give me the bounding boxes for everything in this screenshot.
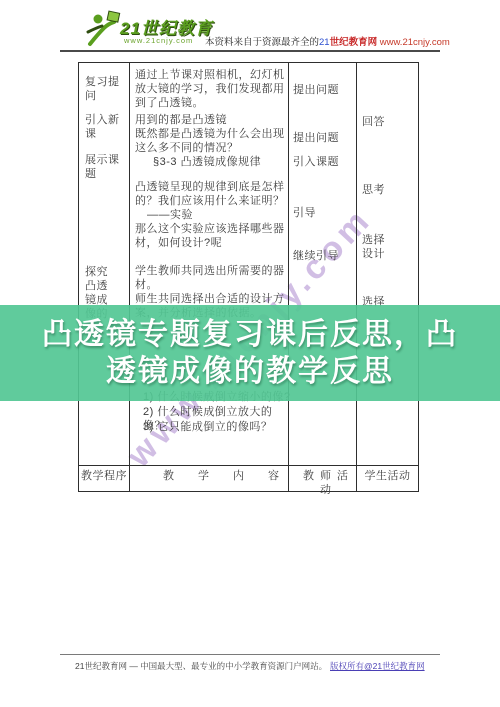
running-figure-icon bbox=[84, 10, 124, 50]
table-column-divider bbox=[129, 63, 130, 491]
teacher-action: 提出问题 bbox=[293, 131, 353, 145]
bottom-header-stage: 教学程序 bbox=[79, 469, 129, 483]
student-action: 回答 bbox=[362, 115, 414, 129]
content-block: 用到的都是凸透镜 bbox=[135, 113, 285, 127]
content-block: 学生教师共同选出所需要的器材。 bbox=[135, 264, 285, 292]
teacher-action: 引入课题 bbox=[293, 155, 353, 169]
notice-site-number: 21 bbox=[319, 37, 330, 48]
bottom-header-teacher: 教师活动 bbox=[289, 469, 362, 497]
overlay-title-line1: 凸透镜专题复习课后反思，凸 bbox=[42, 316, 458, 353]
title-overlay-banner: 凸透镜专题复习课后反思，凸 透镜成像的教学反思 bbox=[0, 305, 500, 401]
notice-prefix: 本资料来自于资源最齐全的 bbox=[205, 37, 319, 48]
stage-label: 引入新课 bbox=[85, 113, 127, 141]
notice-site-url-link[interactable]: www.21cnjy.com bbox=[377, 37, 450, 48]
teacher-action: 引导 bbox=[293, 206, 353, 220]
stage-label: 凸透 bbox=[85, 279, 127, 293]
bottom-header-content: 教学内容 bbox=[130, 469, 312, 483]
notice-site-name: 世纪教育网 bbox=[330, 37, 378, 48]
content-block: §3-3 凸透镜成像规律 bbox=[135, 155, 303, 169]
content-block: 通过上节课对照相机，幻灯机放大镜的学习，我们发现都用到了凸透镜。 bbox=[135, 68, 285, 110]
content-block: ——实验 bbox=[135, 208, 297, 222]
footer-copyright-link[interactable]: 版权所有@21世纪教育网 bbox=[330, 660, 425, 672]
table-row-divider bbox=[79, 465, 418, 466]
footer-description: 21世纪教育网 — 中国最大型、最专业的中小学教育资源门户网站。 bbox=[75, 660, 327, 672]
bottom-header-student: 学生活动 bbox=[357, 469, 418, 483]
footer-rule bbox=[60, 654, 440, 655]
student-action: 思考 bbox=[362, 183, 414, 197]
student-action: 设计 bbox=[362, 247, 414, 261]
stage-label: 复习提问 bbox=[85, 75, 127, 103]
site-logo: 21世纪教育 www.21cnjy.com bbox=[84, 6, 219, 52]
content-block: 凸透镜呈现的规律到底是怎样的？我们应该用什么来证明？ bbox=[135, 180, 285, 208]
student-action: 选择 bbox=[362, 233, 414, 247]
table-column-divider bbox=[356, 63, 357, 491]
stage-label: 探究 bbox=[85, 265, 127, 279]
teacher-action: 提出问题 bbox=[293, 83, 353, 97]
teacher-action: 继续引导 bbox=[293, 249, 353, 263]
header-rule bbox=[60, 50, 440, 52]
lesson-plan-table: 复习提问 引入新课 展示课题 探究 凸透 镜成 像的 通过上节课对照相机，幻灯机… bbox=[78, 62, 419, 492]
content-block: 3) 它只能成倒立的像吗？ bbox=[135, 420, 293, 434]
overlay-title-line2: 透镜成像的教学反思 bbox=[106, 353, 394, 390]
content-block: 既然都是凸透镜为什么会出现这么多不同的情况？ bbox=[135, 127, 285, 155]
content-block: 那么这个实验应该选择哪些器材，如何设计?呢 bbox=[135, 222, 285, 250]
stage-label: 展示课题 bbox=[85, 153, 127, 181]
header-notice: 本资料来自于资源最齐全的21世纪教育网 www.21cnjy.com bbox=[205, 34, 450, 48]
brand-url: www.21cnjy.com bbox=[124, 36, 193, 45]
